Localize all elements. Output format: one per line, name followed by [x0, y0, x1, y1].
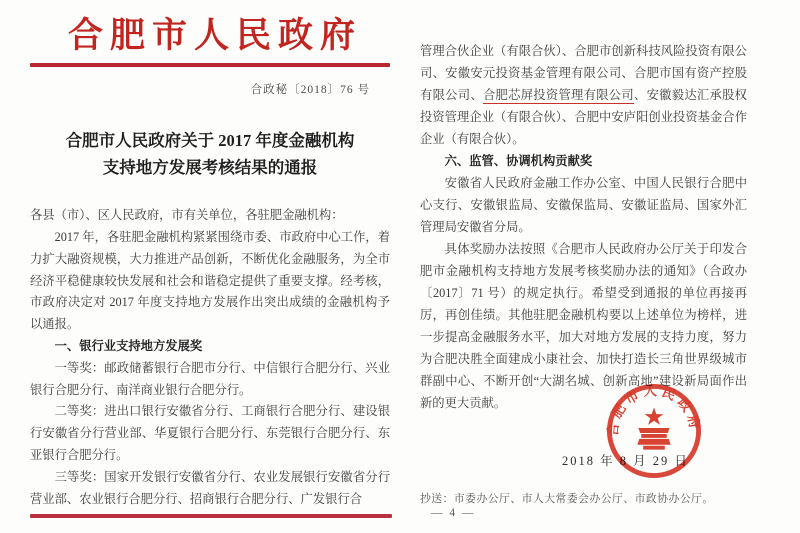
document-scan: 合肥市人民政府 合政秘〔2018〕76 号 合肥市人民政府关于 2017 年度金… [0, 0, 800, 533]
section1-heading: 一、银行业支持地方发展奖 [30, 336, 390, 358]
left-page-bottom-rule [30, 514, 392, 518]
left-page: 合肥市人民政府 合政秘〔2018〕76 号 合肥市人民政府关于 2017 年度金… [30, 12, 390, 510]
intro-paragraph: 2017 年，各驻肥金融机构紧紧围绕市委、市政府中心工作，着力扩大融资规模，大力… [30, 227, 390, 336]
salutation: 各县（市）、区人民政府，市有关单位，各驻肥金融机构： [30, 205, 390, 227]
national-emblem-icon [637, 407, 670, 449]
document-title-line2: 支持地方发展考核结果的通报 [30, 154, 390, 181]
first-prize-paragraph: 一等奖：邮政储蓄银行合肥市分行、中信银行合肥分行、兴业银行合肥分行、南洋商业银行… [30, 358, 390, 402]
government-seal-icon: 合肥市人民政府 [605, 382, 703, 480]
continued-paragraph: 管理合伙企业（有限合伙）、合肥市创新科技风险投资有限公司、安徽安元投资基金管理有… [420, 40, 747, 150]
document-number: 合政秘〔2018〕76 号 [30, 81, 390, 97]
masthead-rule [30, 63, 390, 67]
section6-heading: 六、监管、协调机构贡献奖 [420, 150, 747, 172]
agency-masthead: 合肥市人民政府 [30, 12, 390, 59]
section6-paragraph: 安徽省人民政府金融工作办公室、中国人民银行合肥中心支行、安徽银监局、安徽保监局、… [420, 172, 747, 238]
document-title: 合肥市人民政府关于 2017 年度金融机构 支持地方发展考核结果的通报 [30, 127, 390, 181]
third-prize-paragraph: 三等奖：国家开发银行安徽省分行、农业发展银行安徽省分行营业部、农业银行合肥分行、… [30, 467, 390, 511]
right-page: 管理合伙企业（有限合伙）、合肥市创新科技风险投资有限公司、安徽安元投资基金管理有… [420, 40, 747, 414]
red-underlined-company: 合肥芯屏投资管理有限公司 [483, 88, 634, 104]
official-seal: 合肥市人民政府 [605, 382, 703, 480]
left-page-body: 各县（市）、区人民政府，市有关单位，各驻肥金融机构： 2017 年，各驻肥金融机… [30, 205, 390, 510]
page-number: — 4 — [431, 507, 476, 519]
second-prize-paragraph: 二等奖：进出口银行安徽省分行、工商银行合肥分行、建设银行安徽省分行营业部、华夏银… [30, 401, 390, 466]
cc-distribution-line: 抄送：市委办公厅、市人大常委会办公厅、市政协办公厅。 [420, 491, 714, 506]
document-title-line1: 合肥市人民政府关于 2017 年度金融机构 [30, 127, 390, 154]
